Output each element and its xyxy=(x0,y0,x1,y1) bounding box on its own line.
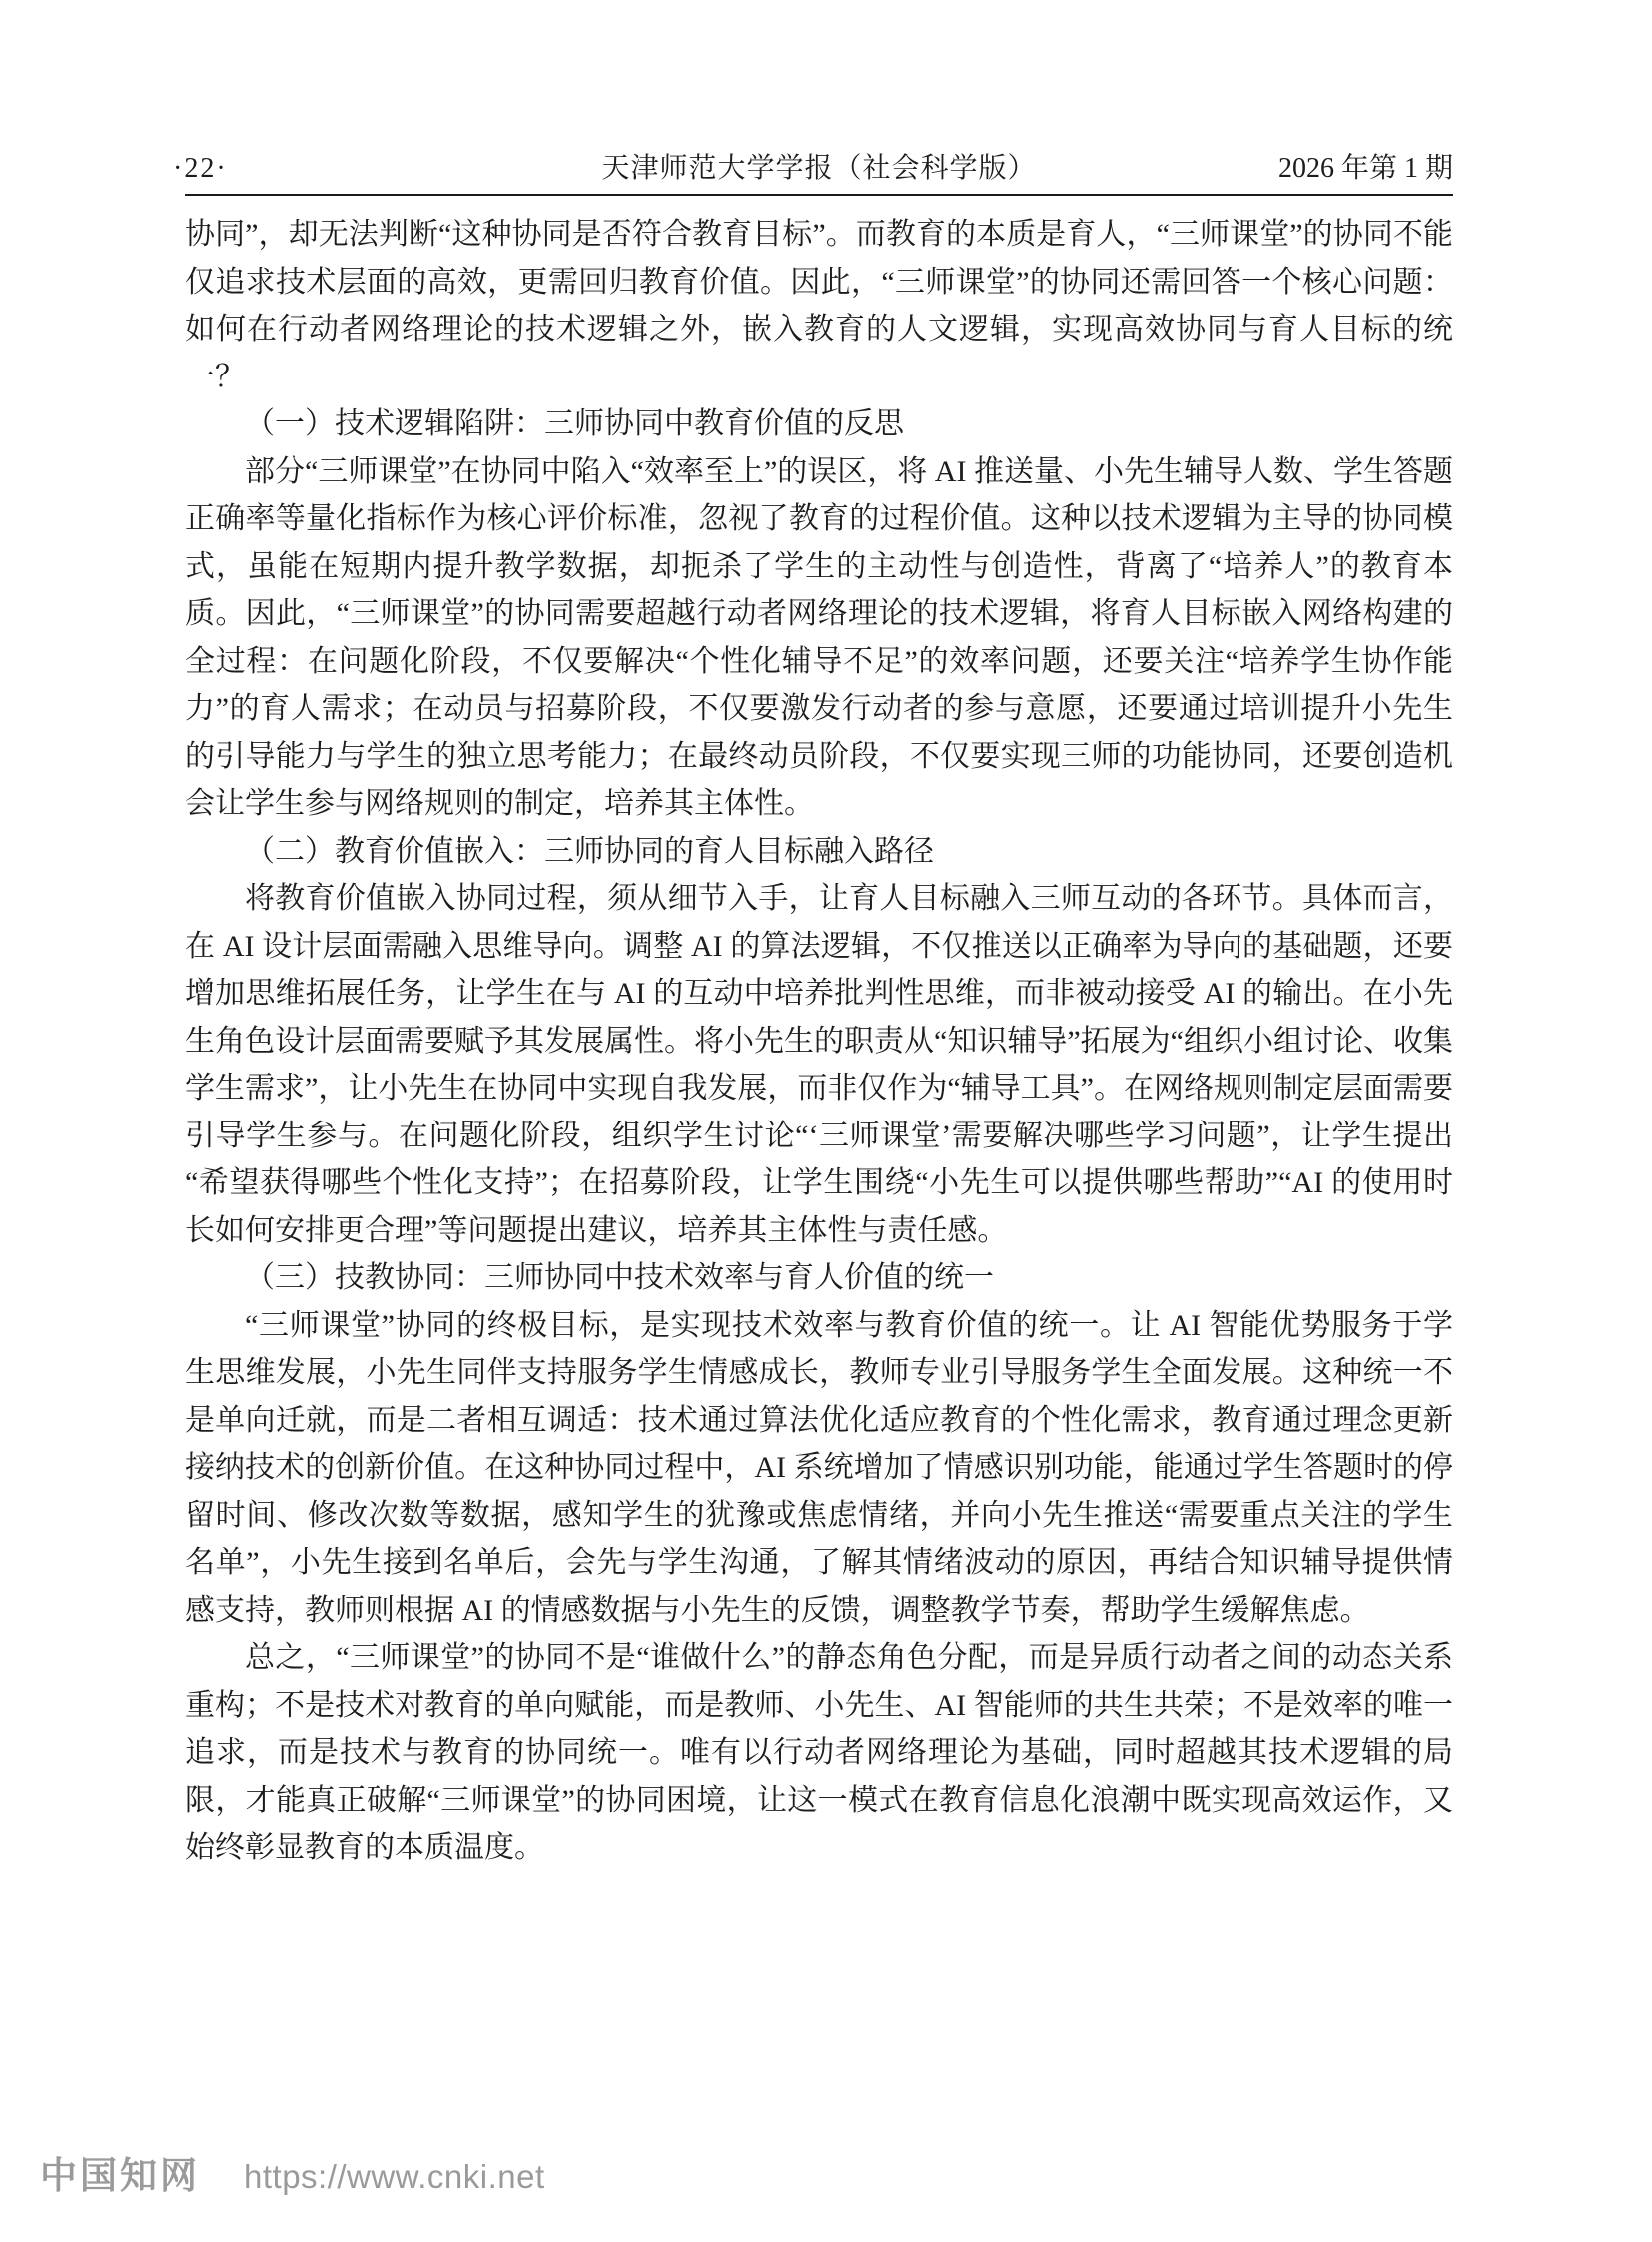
page-number: ·22· xyxy=(173,152,228,186)
paragraph: 将教育价值嵌入协同过程，须从细节入手，让育人目标融入三师互动的各环节。具体而言，… xyxy=(185,875,1453,1254)
cnki-footer: 中国知网 https://www.cnki.net xyxy=(40,2145,545,2199)
page-header: ·22· 天津师范大学学报（社会科学版） 2026 年第 1 期 xyxy=(185,150,1453,196)
cnki-watermark: 中国知网 xyxy=(40,2145,200,2199)
paragraph-continuation: 协同”，却无法判断“这种协同是否符合教育目标”。而教育的本质是育人，“三师课堂”… xyxy=(185,211,1453,400)
paragraph: “三师课堂”协同的终极目标，是实现技术效率与教育价值的统一。让 AI 智能优势服… xyxy=(185,1302,1453,1635)
document-page: ·22· 天津师范大学学报（社会科学版） 2026 年第 1 期 协同”，却无法… xyxy=(0,0,1652,2242)
section-heading-3: （三）技教协同：三师协同中技术效率与育人价值的统一 xyxy=(185,1254,1453,1302)
section-heading-1: （一）技术逻辑陷阱：三师协同中教育价值的反思 xyxy=(185,400,1453,448)
journal-title: 天津师范大学学报（社会科学版） xyxy=(601,152,1036,186)
cnki-url: https://www.cnki.net xyxy=(244,2158,545,2196)
paragraph: 部分“三师课堂”在协同中陷入“效率至上”的误区，将 AI 推送量、小先生辅导人数… xyxy=(185,448,1453,828)
issue-label: 2026 年第 1 期 xyxy=(1278,152,1453,186)
content-column: ·22· 天津师范大学学报（社会科学版） 2026 年第 1 期 协同”，却无法… xyxy=(185,150,1453,1871)
paragraph: 总之，“三师课堂”的协同不是“谁做什么”的静态角色分配，而是异质行动者之间的动态… xyxy=(185,1634,1453,1871)
article-body: 协同”，却无法判断“这种协同是否符合教育目标”。而教育的本质是育人，“三师课堂”… xyxy=(185,211,1453,1871)
section-heading-2: （二）教育价值嵌入：三师协同的育人目标融入路径 xyxy=(185,828,1453,876)
